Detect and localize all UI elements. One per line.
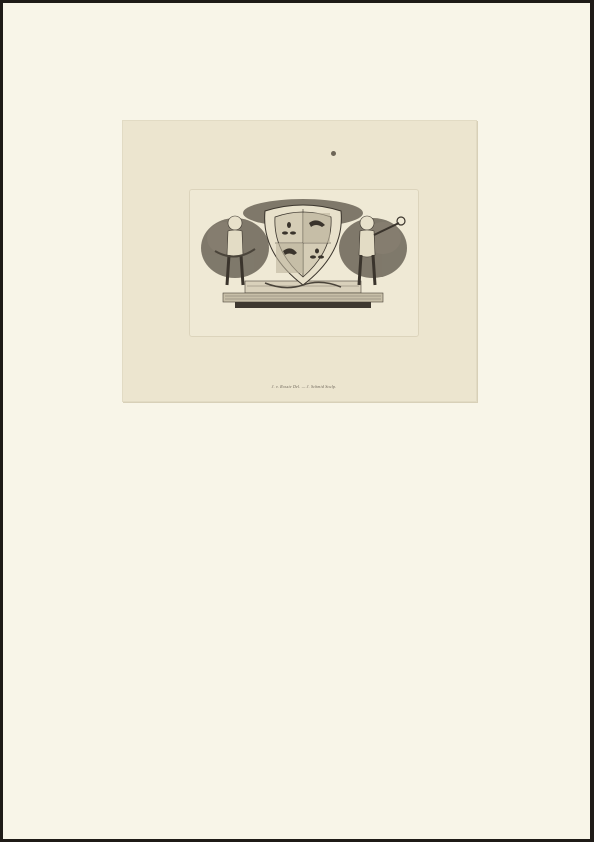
cartouche-icon [265,205,342,285]
engraver-caption: J. v. Rossie Del. — J. Schmid Sculp. [190,384,418,389]
print-sheet: J. v. Rossie Del. — J. Schmid Sculp. [123,121,476,401]
foxing-spot [331,151,336,156]
armorial-engraving [195,193,411,313]
mount-board: J. v. Rossie Del. — J. Schmid Sculp. [3,3,590,839]
